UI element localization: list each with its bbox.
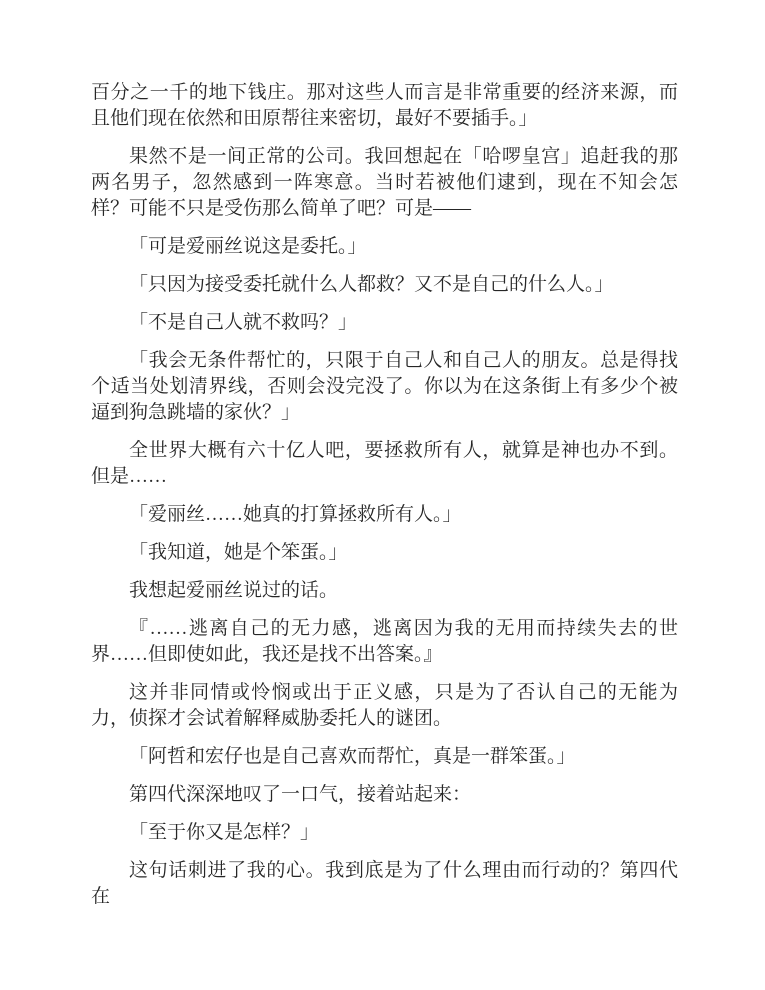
dialogue-paragraph: 「只因为接受委托就什么人都救？又不是自己的什么人。」 xyxy=(91,272,678,298)
narrative-paragraph: 百分之一千的地下钱庄。那对这些人而言是非常重要的经济来源，而且他们现在依然和田原… xyxy=(91,80,678,132)
narrative-paragraph: 全世界大概有六十亿人吧，要拯救所有人，就算是神也办不到。但是…… xyxy=(91,438,678,490)
dialogue-paragraph: 「我会无条件帮忙的，只限于自己人和自己人的朋友。总是得找个适当处划清界线，否则会… xyxy=(91,348,678,426)
quote-paragraph: 『……逃离自己的无力感，逃离因为我的无用而持续失去的世界……但即使如此，我还是找… xyxy=(91,616,678,668)
dialogue-paragraph: 「爱丽丝……她真的打算拯救所有人。」 xyxy=(91,502,678,528)
narrative-paragraph: 第四代深深地叹了一口气，接着站起来： xyxy=(91,782,678,808)
dialogue-paragraph: 「不是自己人就不救吗？」 xyxy=(91,310,678,336)
dialogue-paragraph: 「我知道，她是个笨蛋。」 xyxy=(91,540,678,566)
narrative-paragraph: 这句话刺进了我的心。我到底是为了什么理由而行动的？第四代在 xyxy=(91,858,678,910)
dialogue-paragraph: 「阿哲和宏仔也是自己喜欢而帮忙，真是一群笨蛋。」 xyxy=(91,744,678,770)
text-column: 百分之一千的地下钱庄。那对这些人而言是非常重要的经济来源，而且他们现在依然和田原… xyxy=(91,80,678,922)
narrative-paragraph: 这并非同情或怜悯或出于正义感，只是为了否认自己的无能为力，侦探才会试着解释威胁委… xyxy=(91,680,678,732)
narrative-paragraph: 果然不是一间正常的公司。我回想起在「哈啰皇宫」追赶我的那两名男子，忽然感到一阵寒… xyxy=(91,144,678,222)
dialogue-paragraph: 「可是爱丽丝说这是委托。」 xyxy=(91,234,678,260)
book-page: 百分之一千的地下钱庄。那对这些人而言是非常重要的经济来源，而且他们现在依然和田原… xyxy=(0,0,765,990)
narrative-paragraph: 我想起爱丽丝说过的话。 xyxy=(91,578,678,604)
dialogue-paragraph: 「至于你又是怎样？」 xyxy=(91,820,678,846)
